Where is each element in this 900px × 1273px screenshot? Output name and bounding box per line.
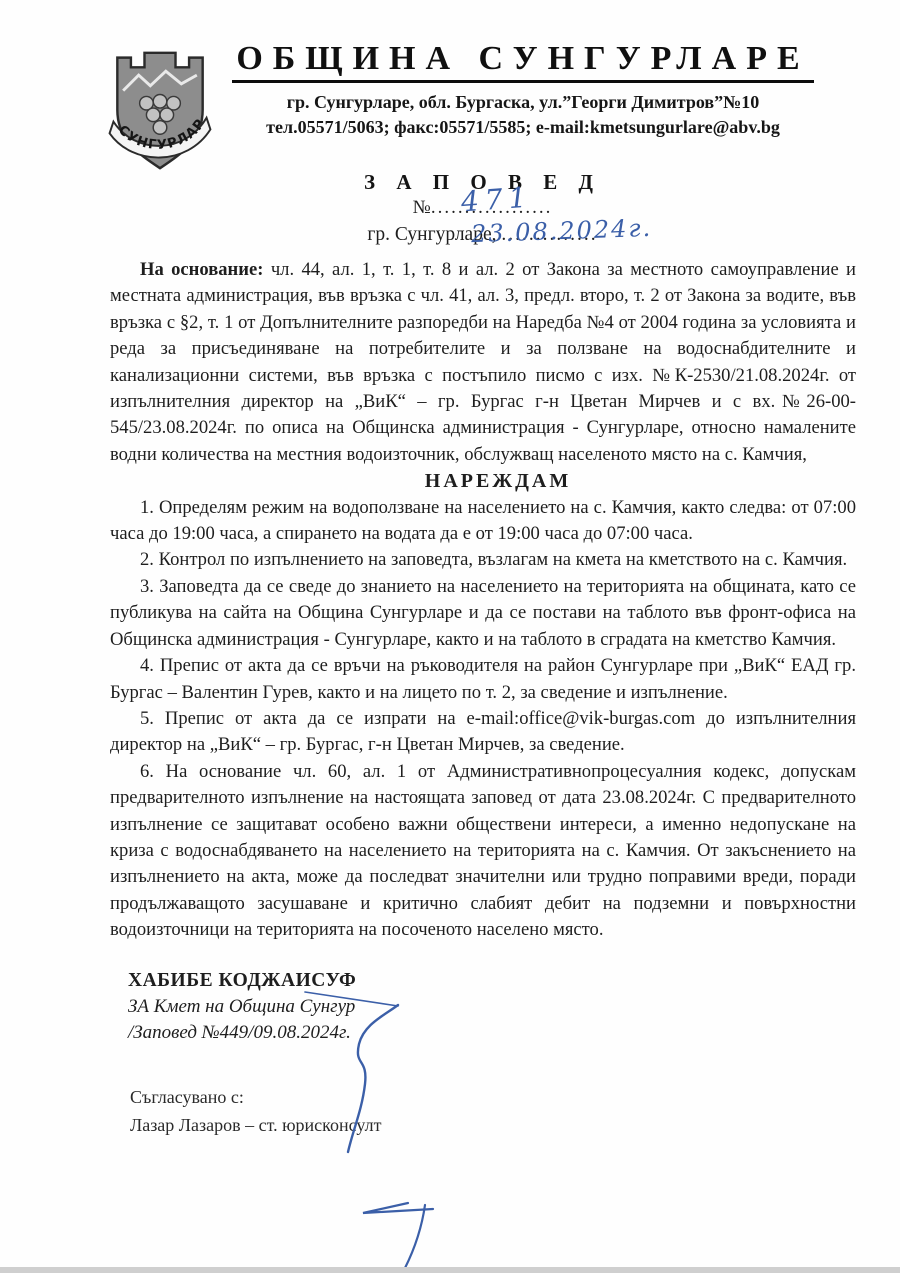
header-divider — [232, 80, 814, 83]
signatory-name: ХАБИБЕ КОДЖАИСУФ — [128, 967, 856, 994]
order-heading: НАРЕЖДАМ — [110, 468, 856, 494]
preamble-lead: На основание: — [140, 259, 263, 280]
municipality-crest-logo: СУНГУРЛАРЕ — [100, 46, 220, 174]
document-page: СУНГУРЛАРЕ ОБЩИНА СУНГУРЛАРЕ гр. Сунгурл… — [0, 0, 900, 1273]
order-title-block: З А П О В Е Д №.................. 471 гр… — [110, 170, 855, 246]
organization-name: ОБЩИНА СУНГУРЛАРЕ — [232, 40, 814, 78]
agreement-label: Съгласувано с: — [130, 1083, 856, 1111]
agreement-person: Лазар Лазаров – ст. юрисконсулт — [130, 1111, 856, 1139]
handwritten-date: 23.08.2024г. — [470, 214, 652, 248]
order-item-3: 3. Заповедта да се сведе до знанието на … — [110, 574, 856, 653]
preamble-text: чл. 44, ал. 1, т. 1, т. 8 и ал. 2 от Зак… — [110, 259, 856, 465]
signature-block: ХАБИБЕ КОДЖАИСУФ ЗА Кмет на Община Сунгу… — [128, 967, 856, 1046]
agreement-block: Съгласувано с: Лазар Лазаров – ст. юриск… — [130, 1083, 856, 1139]
order-item-4: 4. Препис от акта да се връчи на ръковод… — [110, 653, 856, 706]
order-item-2: 2. Контрол по изпълнението на заповедта,… — [110, 547, 856, 573]
preamble-paragraph: На основание: чл. 44, ал. 1, т. 1, т. 8 … — [110, 257, 856, 468]
signatory-role: ЗА Кмет на Община Сунгур — [128, 994, 856, 1020]
scanner-edge-artifact — [0, 1267, 900, 1273]
order-item-5: 5. Препис от акта да се изпрати на e-mai… — [110, 706, 856, 759]
address-line: гр. Сунгурларе, обл. Бургаска, ул.”Георг… — [232, 90, 814, 115]
letterhead: СУНГУРЛАРЕ ОБЩИНА СУНГУРЛАРЕ гр. Сунгурл… — [98, 40, 814, 140]
order-number-line: №.................. 471 — [110, 197, 855, 219]
order-place-line: гр. Сунгурларе, .............. 23.08.202… — [110, 224, 855, 246]
contact-line: тел.05571/5063; факс:05571/5585; e-mail:… — [232, 115, 814, 140]
number-prefix: № — [413, 197, 431, 218]
signature-mark-jurist — [350, 1186, 500, 1272]
document-body: На основание: чл. 44, ал. 1, т. 1, т. 8 … — [110, 257, 856, 1139]
order-item-1: 1. Определям режим на водоползване на на… — [110, 495, 856, 548]
order-item-6: 6. На основание чл. 60, ал. 1 от Админис… — [110, 759, 856, 944]
handwritten-order-number: 471 — [459, 181, 533, 219]
signatory-order-ref: /Заповед №449/09.08.2024г. — [128, 1020, 856, 1046]
letterhead-text: ОБЩИНА СУНГУРЛАРЕ гр. Сунгурларе, обл. Б… — [232, 40, 814, 140]
